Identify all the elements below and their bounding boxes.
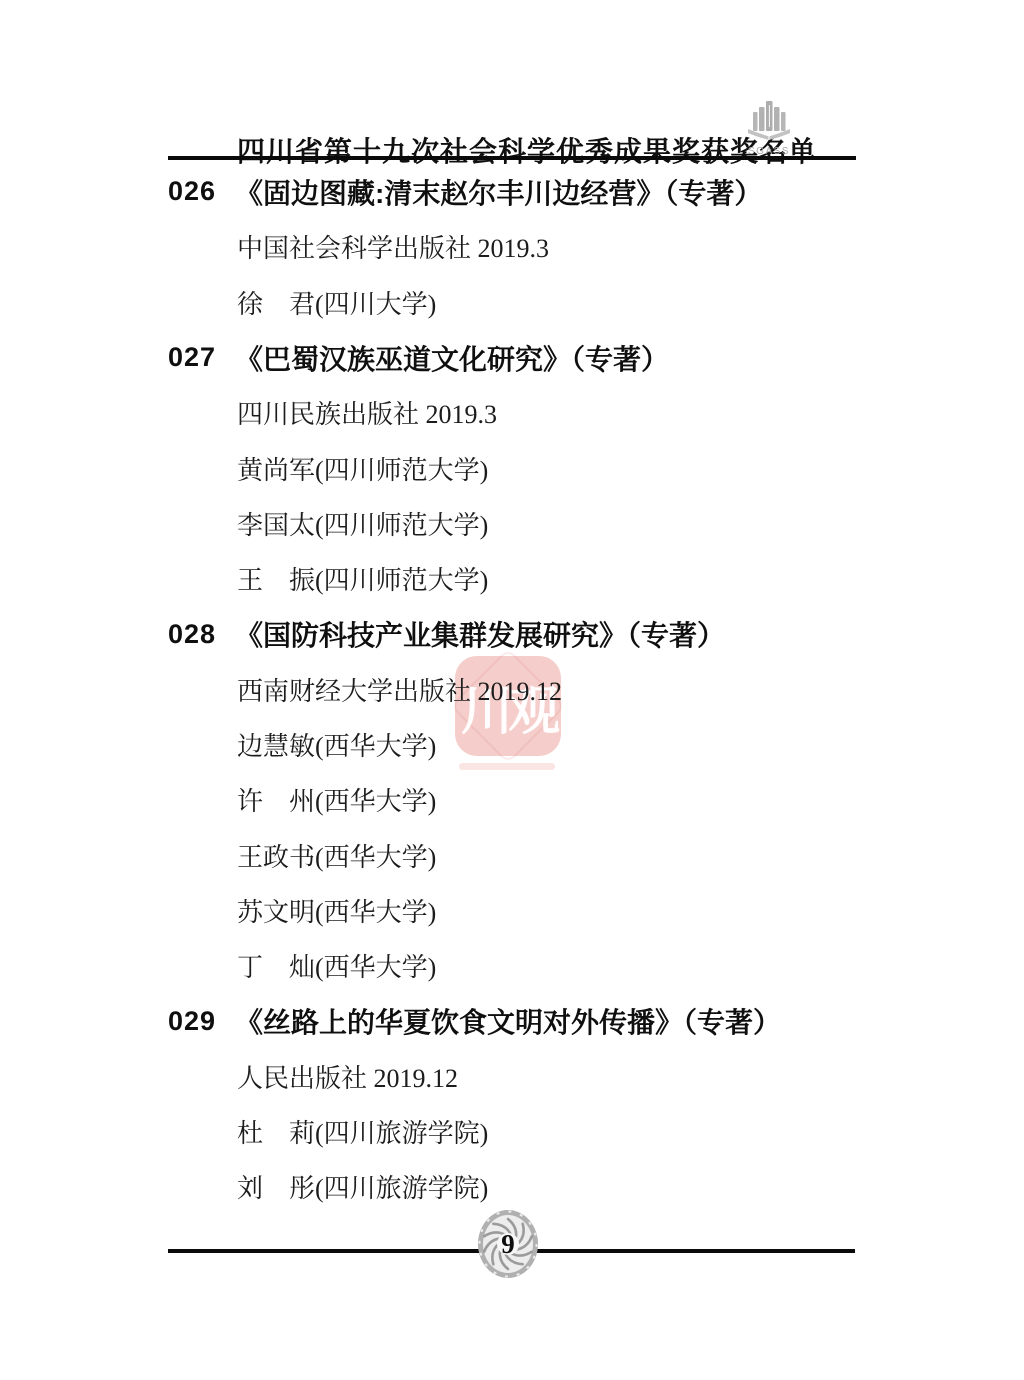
entry-lines: 人民出版社 2019.12杜 莉(四川旅游学院)刘 彤(四川旅游学院) [168, 1049, 868, 1215]
entry-detail-line: 徐 君(四川大学) [168, 275, 868, 330]
entry-title: 《固边图藏:清末赵尔丰川边经营》（专著） [235, 172, 762, 212]
page-number-medallion: 9 [477, 1209, 539, 1279]
entry-title: 《巴蜀汉族巫道文化研究》（专著） [235, 338, 669, 378]
entry-detail-line: 四川民族出版社 2019.3 [168, 385, 868, 440]
page-number: 9 [477, 1209, 539, 1279]
entry-number: 026 [168, 176, 235, 207]
entry-detail-line: 丁 灿(西华大学) [168, 938, 868, 993]
entry-detail-line: 苏文明(西华大学) [168, 883, 868, 938]
entry-number: 028 [168, 619, 235, 650]
sgass-building-book-icon [747, 99, 791, 141]
entry-detail-line: 王 振(四川师范大学) [168, 551, 868, 606]
entry-detail-line: 边慧敏(西华大学) [168, 717, 868, 772]
entry-detail-line: 许 州(西华大学) [168, 772, 868, 827]
entry-number: 027 [168, 342, 235, 373]
entry-detail-line: 人民出版社 2019.12 [168, 1049, 868, 1104]
entry-detail-line: 西南财经大学出版社 2019.12 [168, 662, 868, 717]
entry-detail-line: 王政书(西华大学) [168, 828, 868, 883]
entry-detail-line: 黄尚军(四川师范大学) [168, 440, 868, 495]
entry-detail-line: 刘 彤(四川旅游学院) [168, 1159, 868, 1214]
award-entry: 027 《巴蜀汉族巫道文化研究》（专著） 四川民族出版社 2019.3黄尚军(四… [168, 330, 868, 606]
award-entry: 029 《丝路上的华夏饮食文明对外传播》（专著） 人民出版社 2019.12杜 … [168, 993, 868, 1214]
entry-lines: 四川民族出版社 2019.3黄尚军(四川师范大学)李国太(四川师范大学)王 振(… [168, 385, 868, 606]
entry-detail-line: 李国太(四川师范大学) [168, 496, 868, 551]
sgass-logo: SGASS [736, 99, 802, 157]
award-entry: 028 《国防科技产业集群发展研究》（专著） 西南财经大学出版社 2019.12… [168, 606, 868, 993]
entry-detail-line: 杜 莉(四川旅游学院) [168, 1104, 868, 1159]
entry-lines: 中国社会科学出版社 2019.3徐 君(四川大学) [168, 219, 868, 330]
award-entry: 026 《固边图藏:清末赵尔丰川边经营》（专著） 中国社会科学出版社 2019.… [168, 164, 868, 330]
entry-lines: 西南财经大学出版社 2019.12边慧敏(西华大学)许 州(西华大学)王政书(西… [168, 662, 868, 994]
entry-detail-line: 中国社会科学出版社 2019.3 [168, 219, 868, 274]
entry-number: 029 [168, 1006, 235, 1037]
header-rule [168, 156, 856, 160]
document-page: 四川省第十九次社会科学优秀成果奖获奖名单 SGASS 川观 026 《固边图藏:… [0, 0, 1024, 1380]
entry-title: 《国防科技产业集群发展研究》（专著） [235, 614, 725, 654]
entry-title: 《丝路上的华夏饮食文明对外传播》（专著） [235, 1001, 781, 1041]
entries: 026 《固边图藏:清末赵尔丰川边经营》（专著） 中国社会科学出版社 2019.… [168, 164, 868, 1215]
